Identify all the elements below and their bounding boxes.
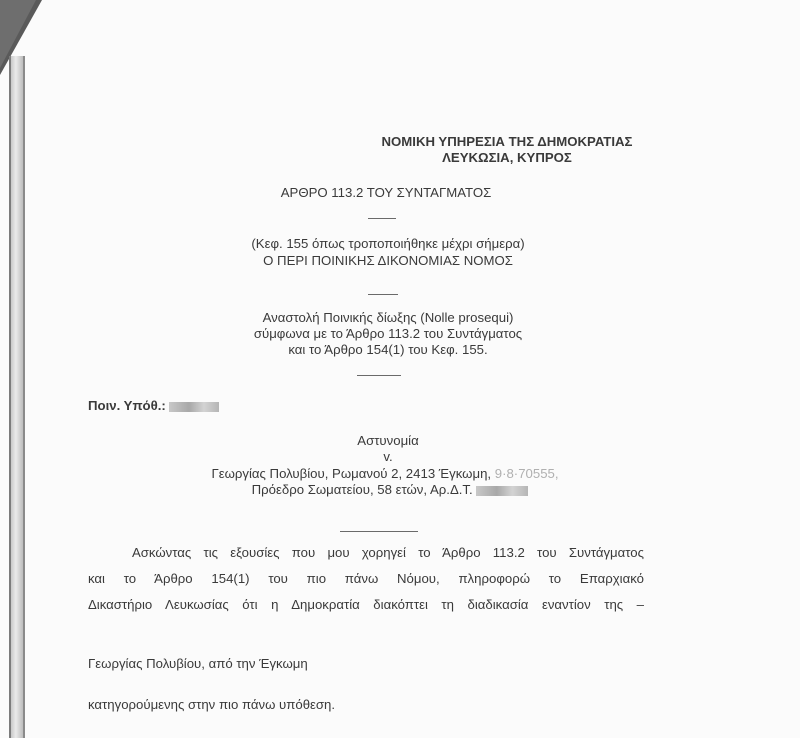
subject-line-2: σύμφωνα με το Άρθρο 113.2 του Συντάγματο… (228, 326, 548, 342)
separator-dash (357, 375, 401, 376)
office-name: ΝΟΜΙΚΗ ΥΠΗΡΕΣΙΑ ΤΗΣ ΔΗΜΟΚΡΑΤΙΑΣ (352, 134, 662, 150)
document-binding-strip (9, 56, 25, 738)
accused-name: Γεωργίας Πολυβίου, από την Έγκωμη (88, 656, 308, 672)
law-chapter-note: (Κεφ. 155 όπως τροποποιήθηκε μέχρι σήμερ… (218, 236, 558, 252)
office-location: ΛΕΥΚΩΣΙΑ, ΚΥΠΡΟΣ (352, 150, 662, 166)
paragraph-line-3: Δικαστήριο Λευκωσίας ότι η Δημοκρατία δι… (88, 592, 644, 618)
paragraph-line-1: Ασκώντας τις εξουσίες που μου χορηγεί το… (88, 540, 644, 566)
notice-paragraph: Ασκώντας τις εξουσίες που μου χορηγεί το… (88, 540, 644, 618)
paragraph-line-2: και το Άρθρο 154(1) του πιο πάνω Νόμου, … (88, 566, 644, 592)
separator-dash (368, 294, 398, 295)
defendant-line-2: Πρόεδρο Σωματείου, 58 ετών, Αρ.Δ.Τ. (180, 482, 600, 498)
versus-label: v. (228, 449, 548, 465)
subject-line-1: Αναστολή Ποινικής δίωξης (Nolle prosequi… (228, 310, 548, 326)
id-number-redacted (476, 486, 528, 496)
separator-dash (340, 531, 418, 532)
closing-line: κατηγορούμενης στην πιο πάνω υπόθεση. (88, 697, 335, 713)
defendant-line-1: Γεωργίας Πολυβίου, Ρωμανού 2, 2413 Έγκωμ… (150, 466, 620, 482)
subject-line-3: και το Άρθρο 154(1) του Κεφ. 155. (228, 342, 548, 358)
defendant-name-address: Γεωργίας Πολυβίου, Ρωμανού 2, 2413 Έγκωμ… (211, 466, 491, 481)
law-title: Ο ΠΕΡΙ ΠΟΙΝΙΚΗΣ ΔΙΚΟΝΟΜΙΑΣ ΝΟΜΟΣ (218, 253, 558, 269)
defendant-occupation-age: Πρόεδρο Σωματείου, 58 ετών, Αρ.Δ.Τ. (252, 482, 473, 497)
case-number-row: Ποιν. Υπόθ.: (88, 398, 219, 414)
constitution-article-heading: ΑΡΘΡΟ 113.2 ΤΟΥ ΣΥΝΤΑΓΜΑΤΟΣ (236, 185, 536, 201)
case-number-redacted (169, 402, 219, 412)
separator-dash (368, 218, 396, 219)
case-number-label: Ποιν. Υπόθ.: (88, 398, 166, 413)
defendant-phone-blurred: 9·8·70555, (495, 466, 559, 481)
plaintiff-name: Αστυνομία (228, 433, 548, 449)
